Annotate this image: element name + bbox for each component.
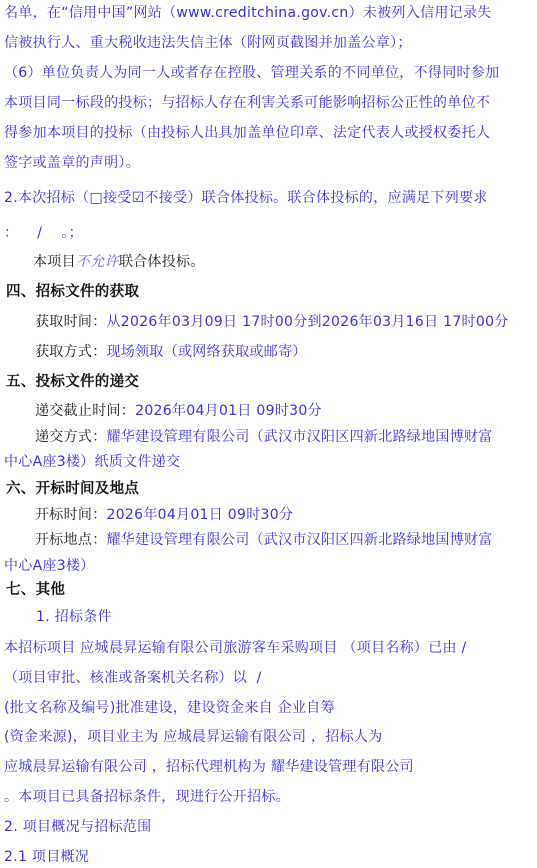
requirement-credit-line-2: 信被执行人、重大税收违法失信主体（附网页截图并加盖公章）；: [4, 33, 412, 53]
section5-deadline-label: 递交截止时间：: [35, 403, 135, 419]
section7-item2-1-title: 2.1 项目概况: [4, 847, 89, 867]
section7-para-line: 应城晨昇运输有限公司 ，招标代理机构为 耀华建设管理有限公司: [4, 757, 414, 777]
section7-para-line: 本招标项目 应城晨昇运输有限公司旅游客车采购项目 （项目名称）已由 /: [4, 638, 467, 658]
section6-time-label: 开标时间：: [35, 507, 107, 523]
section7-item1-title: 1. 招标条件: [36, 607, 112, 627]
section6-time-value: 2026年04月01日 09时30分: [107, 507, 294, 523]
requirement-item6-line-3: 得参加本项目的投标（由投标人出具加盖单位印章、法定代表人或授权委托人: [4, 123, 490, 143]
requirement-item6-line-4: 签字或盖章的声明）。: [4, 153, 140, 173]
section7-item2-title: 2. 项目概况与招标范围: [4, 817, 151, 837]
consortium-line-2: ： / 。；: [4, 223, 83, 243]
section5-method-value-2: 中心A座3楼）纸质文件递交: [4, 452, 180, 472]
section7-para-line: 。本项目已具备招标条件，现进行公开招标。: [4, 787, 290, 807]
requirement-item6-line-1: （6）单位负责人为同一人或者存在控股、管理关系的不同单位，不得同时参加: [4, 63, 499, 83]
section6-place-value-2: 中心A座3楼）: [4, 556, 95, 576]
section4-method-row: 获取方式：现场领取（或网络获取或邮寄）: [35, 342, 307, 362]
section5-method-value-1: 耀华建设管理有限公司（武汉市汉阳区四新北路绿地国博财富: [107, 429, 493, 445]
section5-deadline-row: 递交截止时间：2026年04月01日 09时30分: [35, 401, 322, 421]
section5-method-row: 递交方式：耀华建设管理有限公司（武汉市汉阳区四新北路绿地国博财富: [35, 427, 493, 447]
consortium-line-1: 2.本次招标（□接受☑不接受）联合体投标。联合体投标的，应满足下列要求: [4, 188, 488, 208]
requirement-credit-line-1: 名单，在“信用中国”网站（www.creditchina.gov.cn）未被列入…: [4, 3, 492, 23]
consortium-note-suffix: 联合体投标。: [119, 254, 205, 270]
section4-method-label: 获取方式：: [35, 344, 107, 360]
consortium-note-emphasis: 不允许: [76, 254, 119, 270]
section5-method-label: 递交方式：: [35, 429, 107, 445]
requirement-item6-line-2: 本项目同一标段的投标；与招标人存在利害关系可能影响招标公正性的单位不: [4, 93, 490, 113]
section4-time-label: 获取时间：: [35, 314, 107, 330]
section7-heading: 七、其他: [6, 580, 65, 600]
section7-para-line: (资金来源)，项目业主为 应城晨昇运输有限公司 ，招标人为: [4, 727, 383, 747]
section4-method-value: 现场领取（或网络获取或邮寄）: [107, 344, 307, 360]
section6-time-row: 开标时间：2026年04月01日 09时30分: [35, 505, 293, 525]
section4-heading: 四、招标文件的获取: [6, 282, 139, 302]
section7-para-line: (批文名称及编号)批准建设，建设资金来自 企业自筹: [4, 698, 335, 718]
section5-heading: 五、投标文件的递交: [6, 372, 139, 392]
section6-place-label: 开标地点：: [35, 532, 107, 548]
section5-deadline-value: 2026年04月01日 09时30分: [135, 403, 322, 419]
consortium-note: 本项目不允许联合体投标。: [33, 252, 205, 272]
section6-heading: 六、开标时间及地点: [6, 479, 139, 499]
consortium-note-prefix: 本项目: [33, 254, 76, 270]
section4-time-value: 从2026年03月09日 17时00分到2026年03月16日 17时00分: [107, 314, 509, 330]
section6-place-row: 开标地点：耀华建设管理有限公司（武汉市汉阳区四新北路绿地国博财富: [35, 530, 493, 550]
section7-para-line: （项目审批、核准或备案机关名称）以 /: [4, 668, 262, 688]
section6-place-value-1: 耀华建设管理有限公司（武汉市汉阳区四新北路绿地国博财富: [107, 532, 493, 548]
section4-time-row: 获取时间：从2026年03月09日 17时00分到2026年03月16日 17时…: [35, 312, 509, 332]
